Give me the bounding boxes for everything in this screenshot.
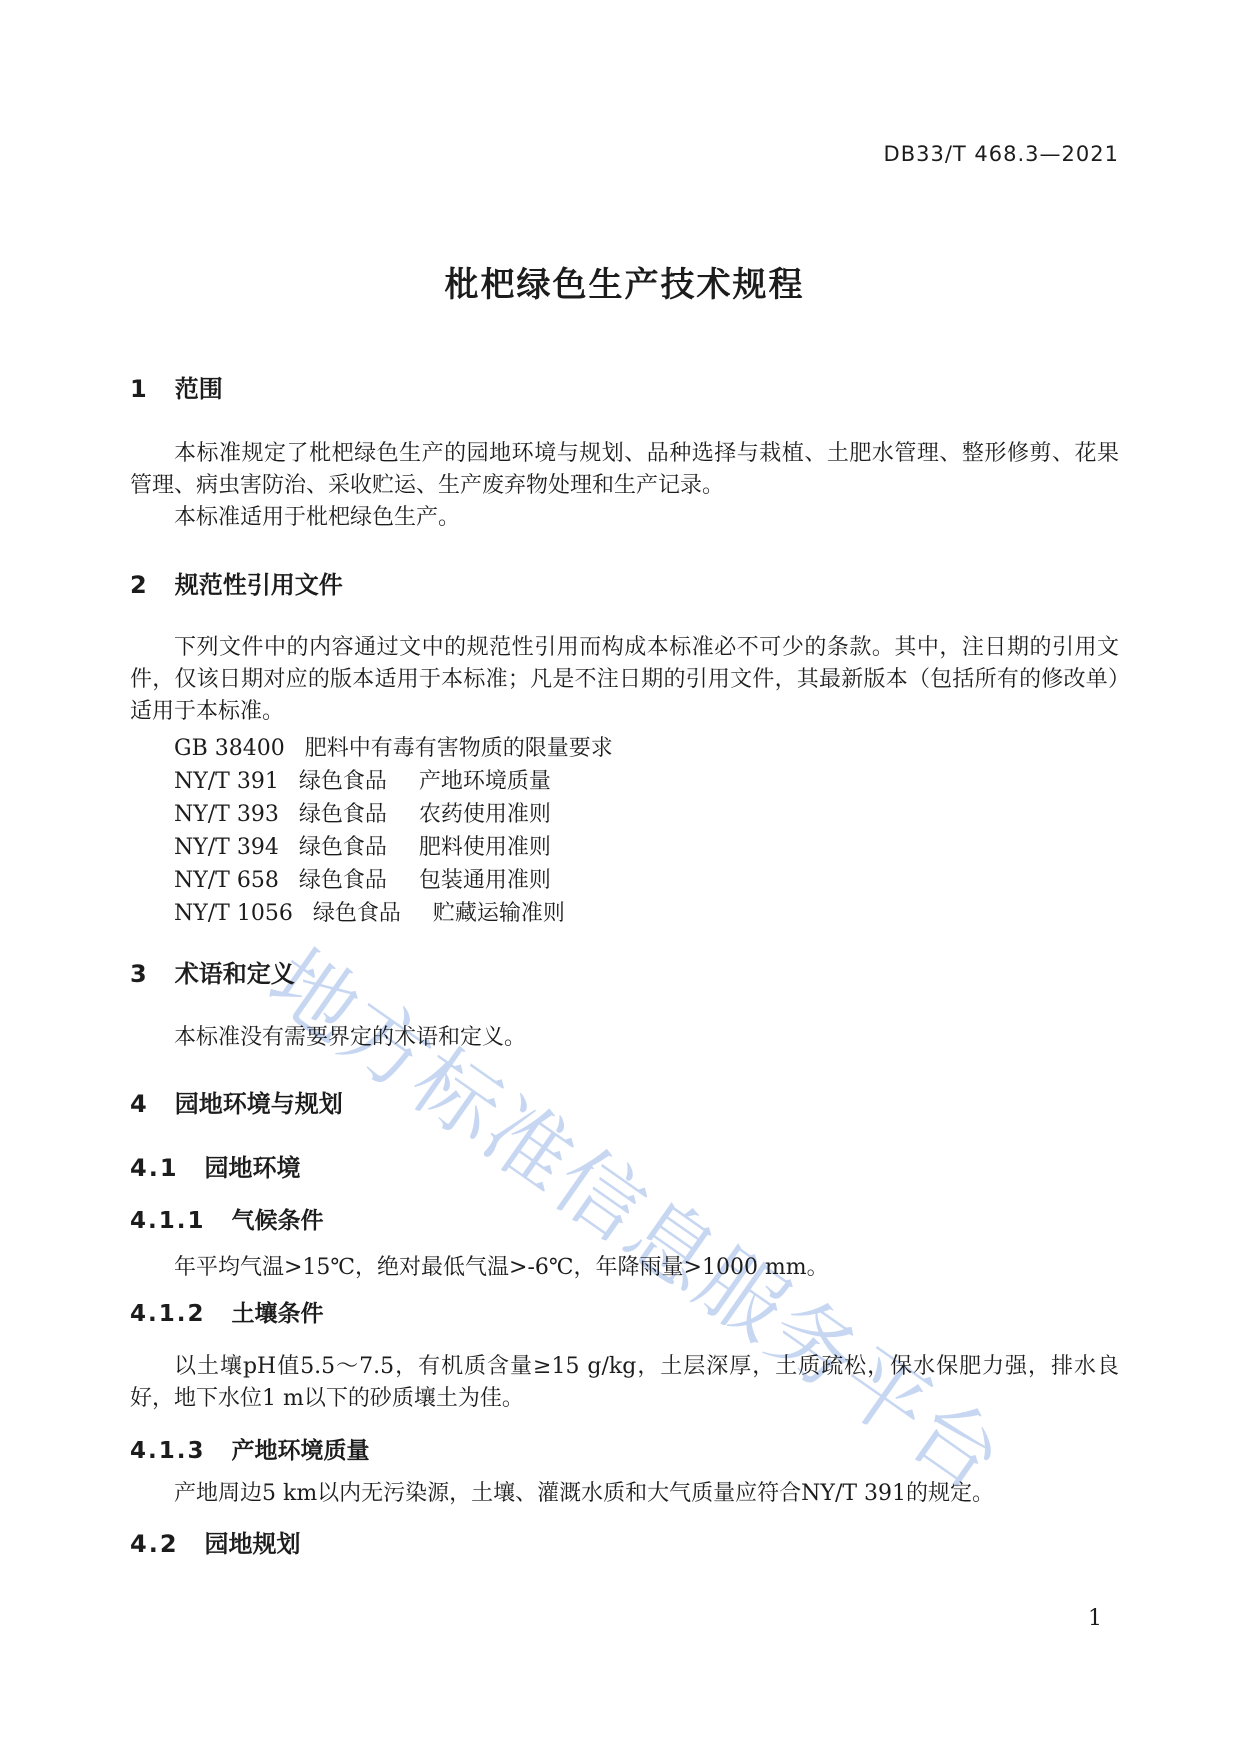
section-heading-1: 1范围 — [130, 374, 1119, 404]
section-number: 4.1.1 — [130, 1208, 206, 1234]
reference-code: NY/T 658 — [174, 868, 279, 893]
section-heading-4-1-3: 4.1.3产地环境质量 — [130, 1436, 1119, 1466]
reference-row: GB 38400肥料中有毒有害物质的限量要求 — [130, 732, 1119, 765]
section-label: 园地环境与规划 — [175, 1090, 343, 1118]
section-number: 4.2 — [130, 1530, 179, 1558]
section-heading-4-1-1: 4.1.1气候条件 — [130, 1206, 1119, 1236]
page-number: 1 — [1088, 1604, 1102, 1634]
section-label: 产地环境质量 — [232, 1438, 370, 1464]
reference-title: 绿色食品 — [299, 835, 387, 860]
reference-code: NY/T 394 — [174, 835, 279, 860]
section-heading-4-1: 4.1园地环境 — [130, 1153, 1119, 1183]
paragraph-climate: 年平均气温>15℃，绝对最低气温>-6℃，年降雨量>1000 mm。 — [130, 1252, 1119, 1284]
section-number: 3 — [130, 960, 149, 988]
paragraph-scope-1: 本标准规定了枇杷绿色生产的园地环境与规划、品种选择与栽植、土肥水管理、整形修剪、… — [130, 438, 1119, 502]
section-label: 土壤条件 — [232, 1301, 324, 1327]
reference-row: NY/T 1056绿色食品贮藏运输准则 — [130, 897, 1119, 930]
paragraph-scope-2: 本标准适用于枇杷绿色生产。 — [130, 502, 1119, 534]
reference-title: 绿色食品 — [313, 901, 401, 926]
section-number: 4.1 — [130, 1154, 179, 1182]
reference-row: NY/T 391绿色食品产地环境质量 — [130, 765, 1119, 798]
reference-row: NY/T 658绿色食品包装通用准则 — [130, 864, 1119, 897]
section-number: 4.1.2 — [130, 1301, 206, 1327]
section-heading-3: 3术语和定义 — [130, 959, 1119, 989]
section-heading-2: 2规范性引用文件 — [130, 570, 1119, 600]
reference-subtitle: 产地环境质量 — [419, 769, 551, 794]
page-content: DB33/T 468.3—2021 枇杷绿色生产技术规程 1范围 本标准规定了枇… — [130, 0, 1119, 1559]
paragraph-terms: 本标准没有需要界定的术语和定义。 — [130, 1022, 1119, 1054]
section-number: 1 — [130, 375, 149, 403]
section-label: 气候条件 — [232, 1208, 324, 1234]
document-page: 地方标准信息服务平台 DB33/T 468.3—2021 枇杷绿色生产技术规程 … — [0, 0, 1241, 1754]
reference-code: NY/T 1056 — [174, 901, 293, 926]
reference-title: 肥料中有毒有害物质的限量要求 — [305, 736, 613, 761]
document-title: 枇杷绿色生产技术规程 — [130, 262, 1119, 308]
paragraph-references-intro: 下列文件中的内容通过文中的规范性引用而构成本标准必不可少的条款。其中，注日期的引… — [130, 632, 1119, 728]
section-label: 园地环境 — [205, 1154, 301, 1182]
section-label: 园地规划 — [205, 1530, 301, 1558]
reference-subtitle: 农药使用准则 — [419, 802, 551, 827]
reference-title: 绿色食品 — [299, 868, 387, 893]
paragraph-soil: 以土壤pH值5.5～7.5，有机质含量≥15 g/kg，土层深厚，土质疏松，保水… — [130, 1351, 1119, 1415]
reference-title: 绿色食品 — [299, 769, 387, 794]
reference-subtitle: 肥料使用准则 — [419, 835, 551, 860]
section-number: 4 — [130, 1090, 149, 1118]
reference-subtitle: 包装通用准则 — [419, 868, 551, 893]
section-label: 规范性引用文件 — [175, 571, 343, 599]
reference-list: GB 38400肥料中有毒有害物质的限量要求 NY/T 391绿色食品产地环境质… — [130, 732, 1119, 930]
section-heading-4-2: 4.2园地规划 — [130, 1529, 1119, 1559]
reference-code: GB 38400 — [174, 736, 285, 761]
section-heading-4: 4园地环境与规划 — [130, 1089, 1119, 1119]
reference-code: NY/T 393 — [174, 802, 279, 827]
reference-row: NY/T 393绿色食品农药使用准则 — [130, 798, 1119, 831]
section-label: 术语和定义 — [175, 960, 295, 988]
standard-code: DB33/T 468.3—2021 — [130, 140, 1119, 168]
reference-code: NY/T 391 — [174, 769, 279, 794]
reference-subtitle: 贮藏运输准则 — [433, 901, 565, 926]
section-label: 范围 — [175, 375, 223, 403]
reference-row: NY/T 394绿色食品肥料使用准则 — [130, 831, 1119, 864]
section-number: 4.1.3 — [130, 1438, 206, 1464]
paragraph-environment-quality: 产地周边5 km以内无污染源，土壤、灌溉水质和大气质量应符合NY/T 391的规… — [130, 1478, 1119, 1510]
section-number: 2 — [130, 571, 149, 599]
reference-title: 绿色食品 — [299, 802, 387, 827]
section-heading-4-1-2: 4.1.2土壤条件 — [130, 1299, 1119, 1329]
